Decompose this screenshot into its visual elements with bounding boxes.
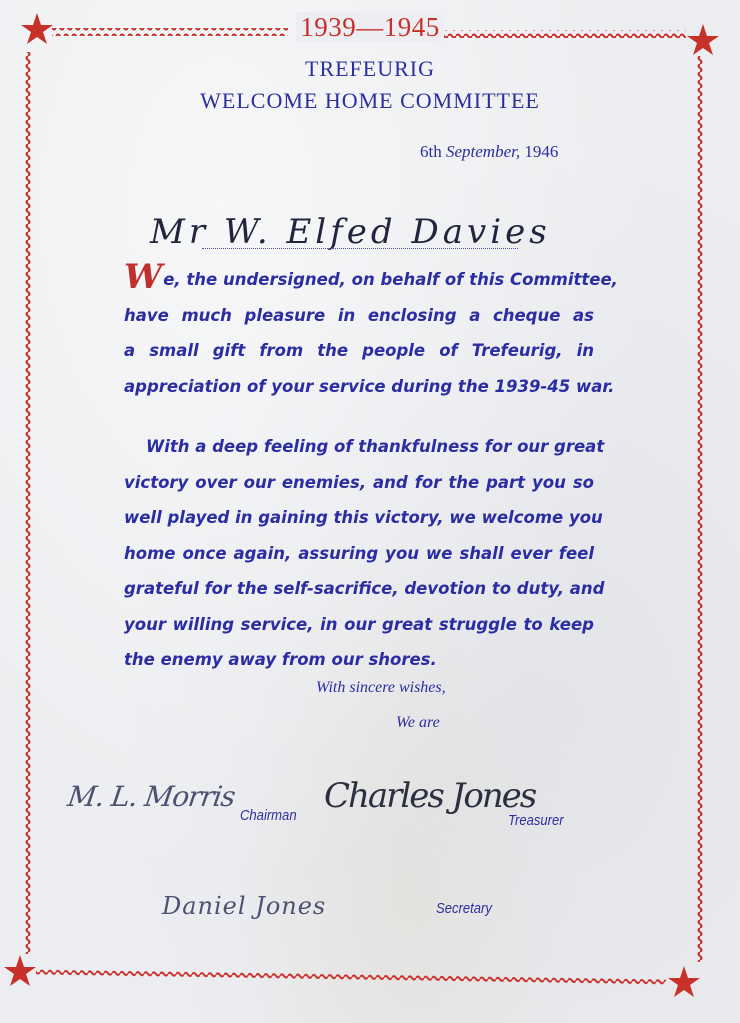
star-icon [4,955,36,986]
paragraph-line: the enemy away from our shores. [124,642,594,678]
paragraph-line: grateful for the self-sacrifice, devotio… [124,571,594,607]
closing-wishes: With sincere wishes, [316,679,446,697]
paragraph-line: We, the undersigned, on behalf of this C… [124,262,594,298]
left-border [24,52,32,954]
paragraph-line: victory over our enemies, and for the pa… [124,465,594,501]
chairman-label: Chairman [240,808,297,824]
bottom-border [36,967,666,985]
committee-title-line2: WELCOME HOME COMMITTEE [0,88,740,114]
paragraph-1: We, the undersigned, on behalf of this C… [124,262,594,404]
paragraph-2: With a deep feeling of thankfulness for … [124,429,594,678]
drop-cap: W [124,257,162,297]
secretary-signature: Daniel Jones [162,892,326,920]
paragraph-line: home once again, assuring you we shall e… [124,536,594,572]
paragraph-line: With a deep feeling of thankfulness for … [124,429,594,465]
date-year: 1946 [524,142,558,161]
chairman-signature: M. L. Morris [66,780,237,813]
date-day: 6th [420,142,442,161]
letter-date: 6th September, 1946 [420,142,558,162]
committee-title-line1: TREFEURIG [0,56,740,82]
treasurer-signature: Charles Jones [324,776,535,816]
paragraph-line: well played in gaining this victory, we … [124,500,594,536]
recipient-name: Mr W. Elfed Davies [150,212,620,252]
paragraph-line: a small gift from the people of Trefeuri… [124,333,594,369]
closing-we-are: We are [396,714,440,732]
date-month: September, [446,142,520,161]
treasurer-label: Treasurer [508,813,564,829]
right-border [695,56,703,962]
secretary-label: Secretary [436,901,492,917]
recipient-dotted-line [202,248,518,249]
paragraph-line: appreciation of your service during the … [124,369,594,405]
star-icon [668,966,700,997]
paragraph-line: have much pleasure in enclosing a cheque… [124,298,594,334]
years-heading: 1939—1945 [0,12,740,43]
paragraph-line: your willing service, in our great strug… [124,607,594,643]
